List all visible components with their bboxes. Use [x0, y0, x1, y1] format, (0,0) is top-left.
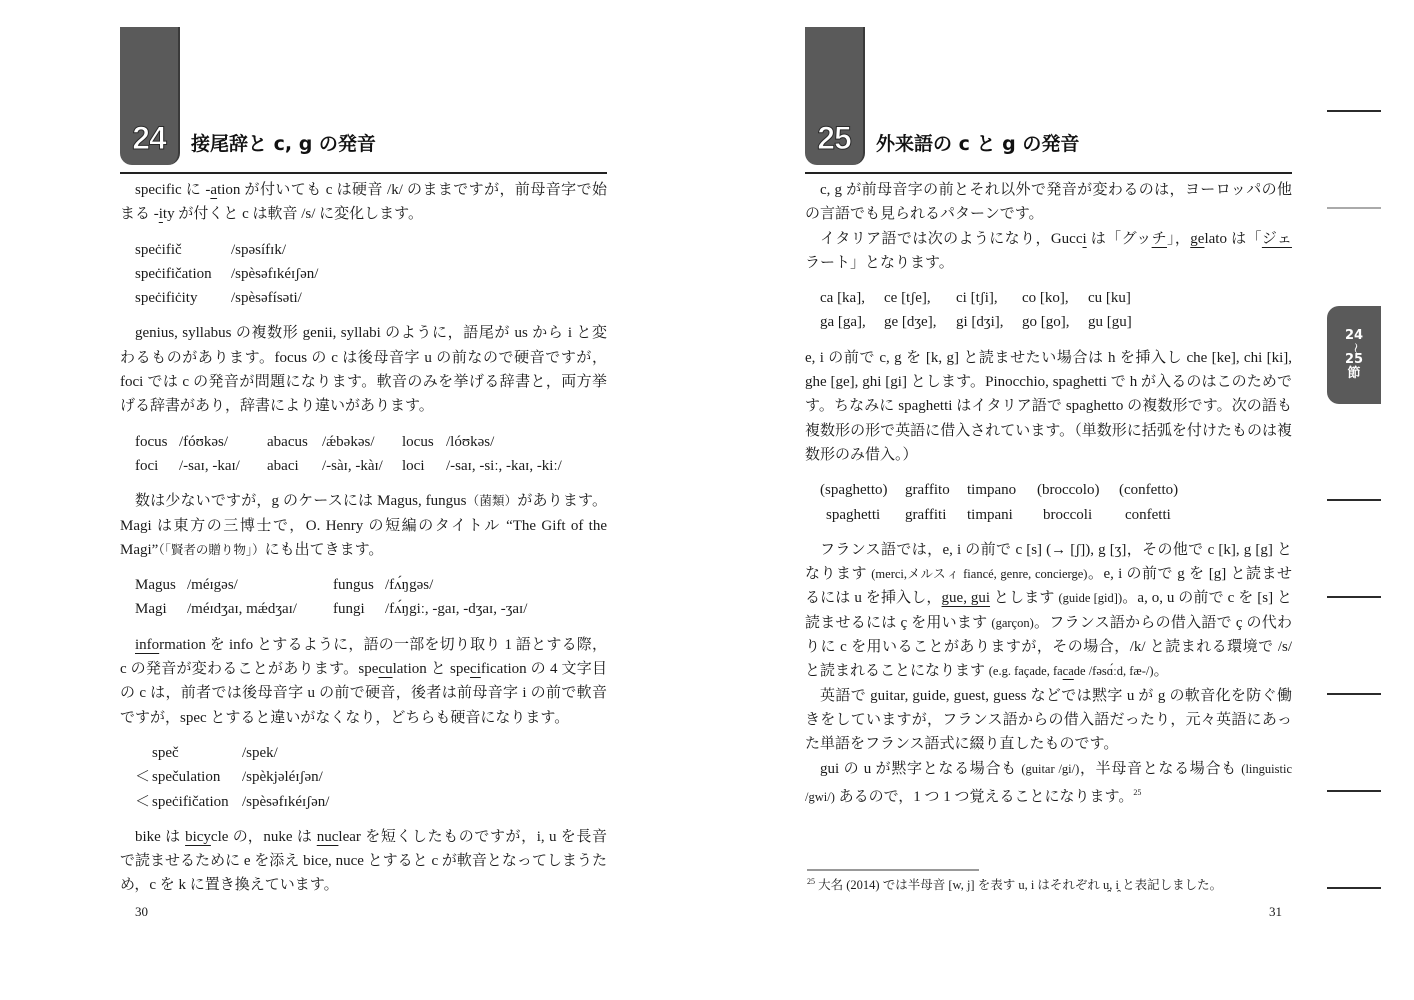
page-number: 31: [1269, 904, 1282, 920]
index-line: [1327, 596, 1381, 598]
left-body: specific に -ation が付いても c は硬音 /k/ のままですが…: [120, 178, 607, 898]
paragraph: bike は bicycle の，nuke は nuclear を短くしたもので…: [120, 825, 607, 898]
example-block: speċifič/spəsífɪk/ speċifičation/spèsəfɪ…: [120, 238, 607, 311]
example-block: focus/fóʊkəs/abacus/ǽbəkəs/locus/lóʊkəs/…: [120, 430, 607, 479]
section-rule: [805, 172, 1292, 174]
paragraph: genius, syllabus の複数形 genii, syllabi のよう…: [120, 321, 607, 418]
section-index-tab[interactable]: 24 〜 25 節: [1327, 306, 1381, 404]
paragraph: information を info とするように，語の一部を切り取り 1 語と…: [120, 633, 607, 730]
thumb-index: [1327, 0, 1381, 1000]
index-line: [1327, 207, 1381, 209]
paragraph: イタリア語では次のようになり，Gucci は「グッチ」，gelato は「ジェラ…: [805, 227, 1292, 276]
footnote: 25 大名 (2014) では半母音 [w, j] を表す u, i はそれぞれ…: [807, 875, 1222, 893]
right-page: 25 外来語の c と g の発音 c, g が前母音字の前とそれ以外で発音が変…: [707, 0, 1414, 1000]
paragraph: 数は少ないですが，g のケースには Magus, fungus（菌類）があります…: [120, 489, 607, 562]
footnote-ref[interactable]: 25: [1133, 788, 1141, 797]
example-block: (spaghetto)graffitotimpano(broccolo)(con…: [805, 478, 1292, 527]
index-line: [1327, 110, 1381, 112]
paragraph: c, g が前母音字の前とそれ以外で発音が変わるのは，ヨーロッパの他の言語でも見…: [805, 178, 1292, 227]
section-number: 25: [805, 120, 863, 157]
paragraph: フランス語では，e, i の前で c [s] (→ [ʃ]), g [ʒ]，その…: [805, 538, 1292, 684]
example-block: Magus/méɪgəs/fungus/fʌ́ŋgəs/ Magi/méɪdʒa…: [120, 573, 607, 622]
paragraph: specific に -ation が付いても c は硬音 /k/ のままですが…: [120, 178, 607, 227]
paragraph: gui の u が黙字となる場合も (guitar /gi/)，半母音となる場合…: [805, 757, 1292, 810]
section-number-tab: 24: [120, 27, 180, 165]
section-title: 外来語の c と g の発音: [876, 129, 1079, 156]
section-number: 24: [120, 120, 178, 157]
right-body: c, g が前母音字の前とそれ以外で発音が変わるのは，ヨーロッパの他の言語でも見…: [805, 178, 1292, 809]
index-line: [1327, 887, 1381, 889]
index-line: [1327, 790, 1381, 792]
section-number-tab: 25: [805, 27, 865, 165]
index-line: [1327, 499, 1381, 501]
page-number: 30: [135, 904, 148, 920]
footnote-rule: [807, 869, 979, 871]
left-page: 24 接尾辞と c, g の発音 specific に -ation が付いても…: [0, 0, 707, 1000]
section-title: 接尾辞と c, g の発音: [191, 129, 376, 156]
paragraph: 英語で guitar, guide, guest, guess などでは黙字 u…: [805, 684, 1292, 757]
example-block: speč/spek/ ＜spečulation/spèkjəléɪʃən/ ＜s…: [120, 741, 607, 814]
paragraph: e, i の前で c, g を [k, g] と読ませたい場合は h を挿入し …: [805, 346, 1292, 467]
section-rule: [120, 172, 607, 174]
index-line: [1327, 693, 1381, 695]
example-block: ca [ka],ce [tʃe],ci [tʃi],co [ko],cu [ku…: [805, 286, 1292, 335]
